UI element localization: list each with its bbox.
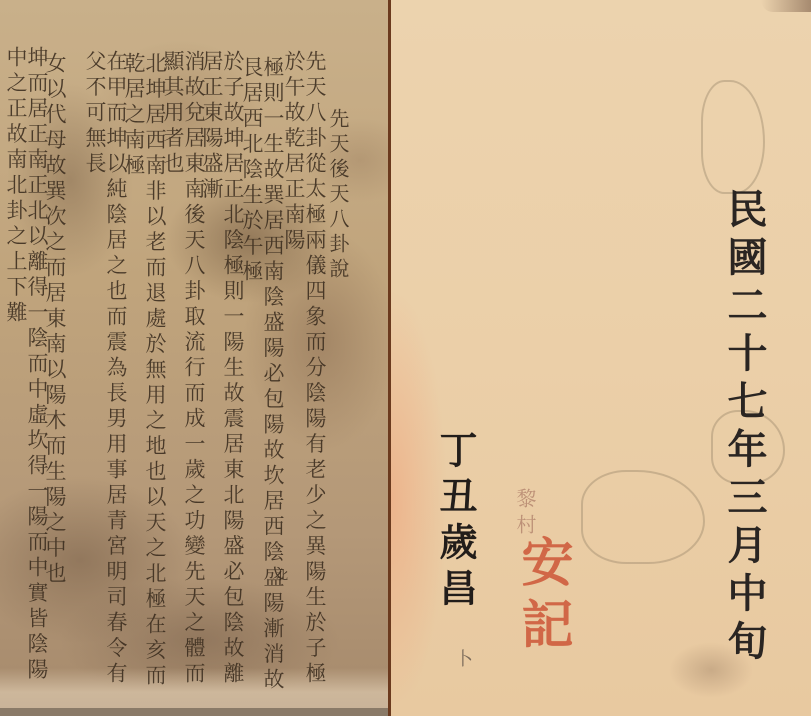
water-stain bbox=[581, 470, 705, 564]
text-column-2: 極則一生故巽居西南陰盛陽必包陽故坎居西陰盛陽漸消故艮居西北陰生於午極 bbox=[241, 56, 283, 708]
text-column-3: 於子故坤居正北陰極則一陽生故震居東北陽盛必包陰故離居正東陽盛漸 bbox=[201, 50, 243, 708]
right-page-cover: 民國二十七年三月中旬 丁丑歲昌 卜 黎村 安記 bbox=[391, 0, 811, 716]
manuscript-spread: 先天後天八卦說 先天八卦從太極兩儀四象而分陰陽有老少之異陽生於子極於午故乾居正南… bbox=[0, 0, 811, 716]
date-inscription: 民國二十七年三月中旬 bbox=[724, 188, 764, 668]
text-column-8: 坤而居正南正北以離得一陰而中虛坎得一陽而中實皆陰陽中之正故南北卦之上下難 bbox=[5, 46, 47, 708]
interlinear-note: 北 bbox=[276, 566, 288, 583]
seal-small: 黎村 bbox=[511, 488, 540, 540]
corner-shadow bbox=[761, 0, 811, 12]
text-column-5: 北坤居西南非以老而退處於無用之地也以天之北極在亥而乾居之南極 bbox=[123, 52, 165, 708]
seal-red: 安記 bbox=[516, 535, 568, 659]
water-stain bbox=[701, 80, 765, 194]
signature-mark: 卜 bbox=[455, 645, 473, 671]
text-column-1: 先天八卦從太極兩儀四象而分陰陽有老少之異陽生於子極於午故乾居正南陽 bbox=[283, 50, 325, 708]
text-column-6: 在甲而坤以純陰居之也而震為長男用事居青宮明司春令有父不可無長 bbox=[84, 50, 126, 708]
page-title: 先天後天八卦說 bbox=[328, 108, 348, 283]
left-page-text: 先天後天八卦說 先天八卦從太極兩儀四象而分陰陽有老少之異陽生於子極於午故乾居正南… bbox=[0, 0, 392, 708]
text-column-4: 消故兌居東南後天八卦取流行而成一歲之功變先天之體而顯其用者也 bbox=[162, 50, 204, 708]
signature: 丁丑歲昌 bbox=[436, 430, 474, 614]
